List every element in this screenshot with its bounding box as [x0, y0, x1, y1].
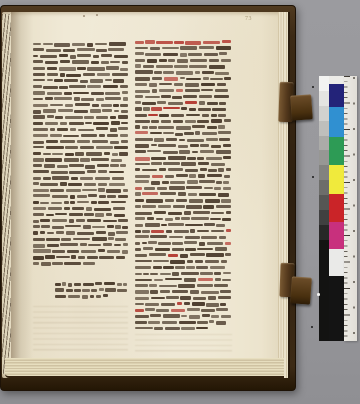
ms-word	[45, 61, 58, 65]
ms-word	[115, 238, 126, 241]
ms-word	[151, 297, 165, 300]
ms-word	[189, 174, 196, 178]
ms-word	[59, 67, 76, 70]
ms-word	[118, 115, 128, 118]
ms-word	[223, 156, 231, 159]
ms-word	[221, 199, 231, 203]
ms-word	[135, 315, 149, 318]
ms-word	[33, 115, 45, 119]
ms-word	[150, 314, 161, 317]
ms-word	[33, 146, 44, 149]
ms-word	[171, 114, 184, 117]
ms-word	[99, 256, 114, 260]
ms-word	[105, 92, 120, 95]
ms-word	[197, 120, 209, 123]
ms-word	[33, 73, 45, 76]
ms-word	[56, 256, 69, 258]
ms-word	[214, 95, 229, 97]
ms-word	[162, 181, 169, 184]
ms-word	[82, 189, 96, 192]
ms-word	[168, 212, 182, 215]
text-column-right	[135, 40, 235, 333]
fore-edge	[278, 12, 290, 378]
ms-word	[122, 91, 128, 94]
ms-word	[95, 43, 107, 46]
ms-word	[135, 64, 141, 67]
ms-word	[135, 290, 149, 294]
ms-word	[66, 231, 75, 234]
patch	[329, 222, 344, 249]
ms-word	[135, 175, 150, 178]
ms-word	[119, 152, 128, 155]
ms-word	[80, 177, 94, 180]
ms-word	[102, 109, 112, 112]
ms-word	[93, 55, 99, 58]
ms-word	[211, 119, 222, 122]
ms-word	[113, 207, 125, 210]
ms-word	[197, 230, 209, 233]
ms-word	[165, 327, 180, 330]
ms-word	[96, 49, 107, 52]
ms-word	[64, 92, 72, 95]
ms-word	[59, 54, 68, 57]
ms-word	[203, 41, 220, 44]
ms-word	[206, 303, 218, 306]
ms-word	[40, 55, 57, 58]
ms-word	[112, 73, 129, 76]
ms-word	[159, 89, 175, 92]
ms-word	[120, 104, 128, 107]
ms-word	[71, 255, 76, 258]
ms-word	[180, 77, 185, 79]
ms-word	[135, 254, 147, 258]
ms-word	[87, 170, 96, 173]
ms-word	[150, 273, 158, 276]
ms-word	[55, 295, 66, 298]
ms-word	[58, 109, 73, 112]
ms-word	[212, 108, 226, 111]
ms-word	[161, 95, 170, 98]
ms-word	[207, 102, 218, 105]
ms-word	[151, 162, 161, 165]
ms-word	[45, 122, 59, 125]
ms-word	[47, 244, 59, 248]
ms-word	[91, 201, 97, 205]
ms-word	[222, 279, 231, 282]
ms-word	[200, 168, 207, 171]
ms-word	[187, 308, 200, 311]
ms-word	[184, 132, 193, 135]
ms-word	[83, 283, 94, 286]
ms-word	[135, 297, 149, 300]
ms-word	[172, 242, 182, 245]
ms-word	[85, 165, 95, 169]
ms-word	[142, 205, 156, 208]
ms-word	[45, 255, 54, 258]
ms-word	[166, 296, 179, 299]
ms-word	[33, 122, 43, 125]
ms-word	[54, 43, 70, 47]
ms-word	[181, 315, 187, 318]
ms-word	[121, 110, 128, 113]
ms-word	[183, 95, 197, 98]
ms-word	[33, 128, 48, 131]
ms-word	[92, 104, 99, 107]
ms-word	[118, 195, 128, 198]
ms-word	[163, 107, 179, 109]
book-clasp-lower	[277, 263, 314, 309]
ms-word	[135, 199, 144, 202]
ms-word	[189, 315, 201, 319]
ms-word	[135, 114, 147, 117]
ms-word	[147, 150, 161, 153]
ms-word	[77, 140, 91, 143]
ms-word	[179, 150, 190, 154]
ms-word	[135, 309, 144, 312]
ms-word	[185, 248, 196, 251]
ms-word	[187, 180, 198, 183]
ms-word	[165, 278, 183, 280]
ms-word	[156, 309, 169, 313]
patch	[329, 84, 344, 107]
ms-word	[70, 55, 76, 59]
ms-word	[198, 108, 211, 111]
ms-word	[77, 195, 87, 198]
ms-word	[156, 218, 163, 220]
gs-step	[319, 210, 329, 225]
ms-word	[206, 138, 218, 141]
ms-word	[190, 253, 205, 256]
ms-word	[142, 169, 157, 171]
ms-word	[142, 126, 148, 129]
ms-word	[47, 79, 53, 82]
ms-word	[114, 146, 128, 149]
ms-word	[108, 48, 123, 51]
ms-word	[216, 308, 228, 311]
ms-word	[147, 59, 158, 62]
ms-word	[226, 168, 231, 170]
ms-word	[72, 207, 84, 210]
patch	[329, 194, 344, 222]
ms-word	[174, 65, 187, 67]
ms-word	[60, 140, 75, 143]
ms-word	[177, 59, 189, 62]
ms-word	[96, 98, 104, 102]
ms-word	[135, 144, 149, 148]
ms-word	[135, 273, 142, 276]
ms-word	[159, 83, 173, 86]
ms-word	[219, 52, 227, 55]
ms-word	[68, 183, 82, 186]
ms-word	[135, 125, 140, 128]
ms-word	[110, 116, 117, 119]
ms-word	[188, 53, 202, 57]
ms-word	[47, 115, 54, 118]
gs-step	[319, 136, 329, 151]
ms-word	[190, 229, 195, 232]
ms-word	[106, 189, 121, 192]
ms-word	[210, 218, 220, 221]
ms-word	[159, 285, 177, 287]
ms-word	[47, 73, 58, 76]
ms-word	[185, 101, 198, 104]
ms-word	[123, 283, 127, 286]
ms-word	[99, 195, 106, 198]
ms-word	[52, 219, 67, 222]
ms-word	[135, 327, 153, 329]
ms-word	[157, 101, 166, 104]
ms-word	[50, 128, 56, 130]
ms-word	[144, 187, 156, 190]
ms-word	[164, 77, 178, 81]
ms-word	[135, 321, 147, 324]
clasp-hook	[290, 94, 313, 120]
ms-word	[33, 98, 43, 101]
ms-word	[205, 199, 220, 203]
ms-word	[114, 244, 122, 247]
ms-word	[215, 278, 221, 281]
ms-word	[196, 327, 208, 330]
ms-word	[47, 92, 62, 96]
ms-word	[91, 61, 100, 64]
ms-word	[98, 188, 105, 192]
ms-word	[135, 101, 141, 104]
ms-word	[54, 97, 72, 100]
ms-word	[174, 41, 183, 44]
ms-word	[113, 104, 119, 107]
ms-word	[103, 243, 112, 246]
clasp-hook	[290, 276, 312, 304]
ms-word	[181, 162, 196, 166]
ms-word	[103, 220, 117, 222]
ms-word	[43, 86, 57, 89]
ms-word	[185, 224, 202, 226]
ms-word	[185, 83, 199, 86]
ms-word	[46, 146, 64, 149]
ms-word	[65, 225, 81, 227]
ms-word	[122, 226, 128, 229]
patch	[329, 107, 344, 137]
ms-word	[83, 73, 96, 76]
ms-word	[83, 225, 91, 228]
ms-word	[201, 236, 217, 239]
ms-word	[98, 170, 108, 173]
ms-word	[69, 85, 85, 88]
ms-word	[209, 59, 220, 62]
ms-word	[211, 163, 226, 166]
ms-word	[33, 85, 42, 88]
ms-word	[174, 230, 189, 233]
ms-word	[135, 52, 144, 55]
color-calibration-target	[319, 76, 357, 341]
ms-word	[211, 230, 224, 233]
gs-step	[319, 121, 329, 136]
ms-word	[180, 46, 197, 50]
ms-word	[116, 231, 127, 234]
ms-word	[150, 235, 167, 237]
ms-word	[46, 140, 59, 143]
ms-word	[168, 102, 183, 105]
ms-word	[178, 192, 186, 196]
ms-word	[172, 248, 184, 251]
ms-word	[135, 157, 150, 161]
ms-word	[52, 153, 63, 156]
ms-word	[169, 236, 184, 239]
ms-word	[33, 170, 49, 173]
showthrough-text-left	[33, 306, 128, 354]
ms-word	[168, 59, 175, 62]
ms-word	[33, 189, 49, 192]
ms-word	[176, 89, 183, 92]
grayscale-strip	[319, 76, 329, 341]
ms-word	[33, 225, 40, 228]
ms-word	[135, 192, 141, 195]
ms-word	[60, 182, 67, 185]
ms-word	[135, 131, 148, 134]
ms-word	[135, 187, 142, 190]
ms-word	[200, 150, 214, 153]
ms-word	[69, 213, 83, 215]
ms-word	[51, 202, 62, 205]
ms-word	[71, 177, 78, 180]
ms-word	[189, 65, 207, 67]
ms-word	[33, 177, 41, 180]
ms-word	[59, 86, 67, 89]
ms-word	[185, 236, 200, 239]
ms-word	[135, 279, 152, 281]
ms-word	[143, 247, 153, 250]
ms-word	[159, 168, 166, 171]
ms-word	[135, 47, 148, 50]
ms-word	[120, 164, 126, 167]
ms-word	[190, 59, 207, 63]
ms-word	[33, 244, 45, 247]
ms-word	[180, 296, 191, 299]
ms-word	[223, 181, 228, 184]
ms-word	[159, 114, 169, 117]
ms-word	[96, 146, 113, 148]
ms-word	[173, 120, 183, 123]
ms-word	[92, 140, 108, 143]
ms-word	[60, 60, 70, 62]
ms-word	[60, 243, 78, 246]
ms-word	[150, 290, 158, 293]
ms-word	[46, 49, 62, 52]
ms-word	[33, 201, 39, 204]
ms-word	[135, 266, 151, 269]
ms-word	[218, 125, 225, 128]
ms-word	[158, 205, 171, 208]
ms-word	[33, 152, 41, 156]
ms-word	[114, 110, 119, 112]
margin-dot	[96, 14, 98, 16]
ms-word	[161, 303, 175, 306]
ms-word	[220, 303, 226, 306]
ms-word	[158, 242, 171, 245]
ms-word	[208, 296, 217, 300]
ms-word	[86, 152, 102, 156]
ms-word	[161, 224, 166, 226]
ms-word	[149, 284, 157, 287]
ms-word	[45, 158, 62, 161]
ms-word	[88, 244, 101, 247]
ms-word	[107, 250, 120, 254]
ms-word	[215, 89, 228, 92]
ms-word	[143, 107, 149, 110]
ms-word	[163, 71, 174, 74]
gs-step	[319, 240, 329, 341]
ms-word	[43, 109, 56, 113]
ms-word	[48, 207, 63, 210]
gs-step	[319, 180, 329, 195]
ms-word	[187, 260, 194, 263]
ms-word	[33, 194, 50, 197]
ms-word	[135, 212, 152, 215]
ms-word	[135, 168, 140, 171]
ms-word	[69, 171, 85, 174]
ms-word	[40, 219, 50, 222]
ms-word	[226, 229, 231, 232]
ms-word	[221, 59, 231, 62]
ms-word	[80, 80, 89, 84]
ms-word	[135, 235, 149, 238]
ms-word	[217, 83, 226, 86]
ms-word	[87, 67, 105, 70]
ms-word	[180, 53, 187, 56]
ms-word	[201, 83, 216, 86]
ms-word	[66, 289, 73, 292]
ms-word	[135, 95, 143, 98]
ms-word	[135, 41, 144, 44]
ms-word	[97, 73, 110, 76]
ms-word	[33, 256, 44, 259]
ms-word	[195, 131, 200, 134]
ms-word	[76, 219, 85, 222]
ms-word	[151, 181, 160, 185]
ms-word	[200, 144, 209, 147]
ms-word	[218, 114, 226, 118]
ms-word	[199, 46, 214, 49]
ms-word	[201, 291, 219, 295]
ms-word	[107, 225, 114, 228]
ms-word	[168, 254, 179, 257]
ms-word	[181, 272, 199, 275]
ms-word	[73, 238, 91, 241]
ms-word	[179, 321, 196, 323]
ms-word	[65, 116, 83, 119]
ms-word	[50, 104, 64, 107]
ms-word	[90, 79, 103, 82]
ms-word	[111, 159, 123, 162]
ms-word	[169, 186, 185, 189]
ms-word	[118, 219, 128, 222]
page-block-bottom-edge	[5, 358, 284, 378]
ms-word	[219, 102, 226, 105]
ms-word	[108, 237, 114, 240]
ms-word	[148, 241, 156, 244]
ms-word	[216, 46, 231, 49]
ms-word	[135, 59, 145, 62]
ms-word	[135, 90, 150, 93]
ms-word	[195, 71, 200, 74]
ms-word	[117, 289, 127, 293]
ms-word	[151, 120, 159, 123]
ms-word	[216, 150, 231, 153]
ms-word	[33, 262, 39, 265]
ms-word	[173, 205, 185, 208]
ms-word	[197, 248, 213, 250]
ms-word	[158, 126, 174, 129]
